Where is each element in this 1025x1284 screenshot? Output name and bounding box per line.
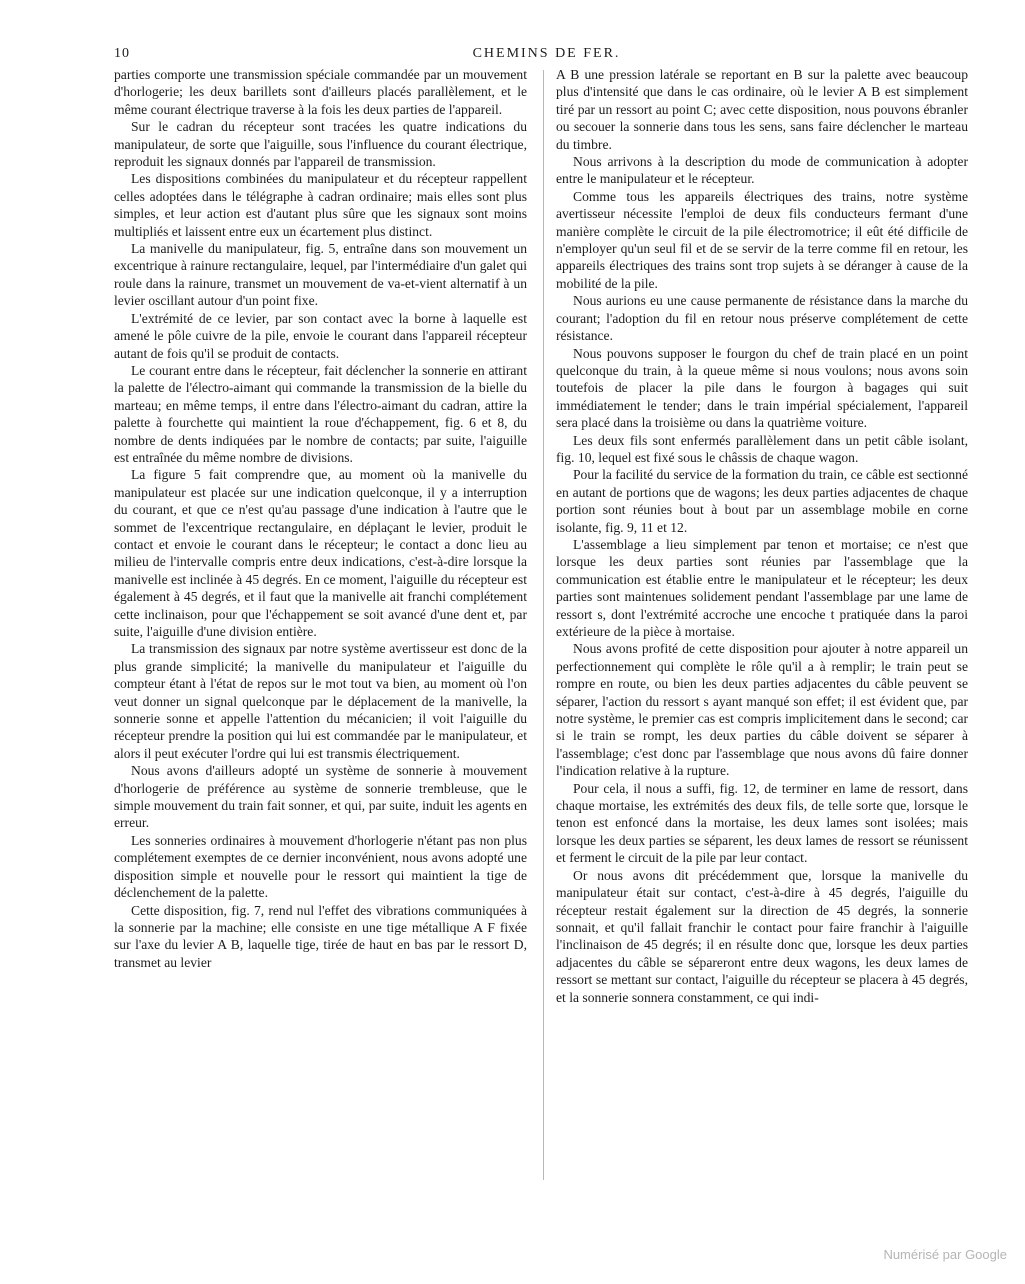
paragraph: Le courant entre dans le récepteur, fait… bbox=[114, 362, 527, 466]
digitization-watermark: Numérisé par Google bbox=[883, 1247, 1007, 1262]
left-column: parties comporte une transmission spécia… bbox=[114, 66, 527, 971]
paragraph: parties comporte une transmission spécia… bbox=[114, 66, 527, 118]
paragraph: Cette disposition, fig. 7, rend nul l'ef… bbox=[114, 902, 527, 972]
paragraph: Les sonneries ordinaires à mouvement d'h… bbox=[114, 832, 527, 902]
paragraph: Pour cela, il nous a suffi, fig. 12, de … bbox=[556, 780, 968, 867]
paragraph: Les dispositions combinées du manipulate… bbox=[114, 170, 527, 240]
paragraph: La manivelle du manipulateur, fig. 5, en… bbox=[114, 240, 527, 310]
paragraph: L'extrémité de ce levier, par son contac… bbox=[114, 310, 527, 362]
document-page: 10 CHEMINS DE FER. parties comporte une … bbox=[0, 0, 1025, 1284]
running-title: CHEMINS DE FER. bbox=[114, 46, 979, 62]
page-header: 10 CHEMINS DE FER. bbox=[114, 46, 979, 66]
paragraph: Or nous avons dit précédemment que, lors… bbox=[556, 867, 968, 1006]
paragraph: Les deux fils sont enfermés parallèlemen… bbox=[556, 432, 968, 467]
paragraph: Pour la facilité du service de la format… bbox=[556, 466, 968, 536]
paragraph: La figure 5 fait comprendre que, au mome… bbox=[114, 466, 527, 640]
paragraph: Nous avons profité de cette disposition … bbox=[556, 640, 968, 779]
paragraph: A B une pression latérale se reportant e… bbox=[556, 66, 968, 153]
paragraph: Nous avons d'ailleurs adopté un système … bbox=[114, 762, 527, 832]
paragraph: Nous arrivons à la description du mode d… bbox=[556, 153, 968, 188]
paragraph: L'assemblage a lieu simplement par tenon… bbox=[556, 536, 968, 640]
paragraph: Sur le cadran du récepteur sont tracées … bbox=[114, 118, 527, 170]
paragraph: Comme tous les appareils électriques des… bbox=[556, 188, 968, 292]
right-column: A B une pression latérale se reportant e… bbox=[556, 66, 968, 1006]
column-divider bbox=[543, 70, 544, 1180]
paragraph: La transmission des signaux par notre sy… bbox=[114, 640, 527, 762]
paragraph: Nous aurions eu une cause permanente de … bbox=[556, 292, 968, 344]
paragraph: Nous pouvons supposer le fourgon du chef… bbox=[556, 345, 968, 432]
